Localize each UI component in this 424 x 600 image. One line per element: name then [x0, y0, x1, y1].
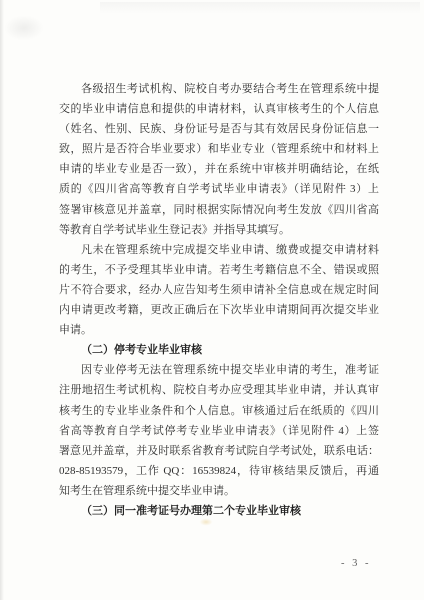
text-line: 等教育自学考试毕业生登记表》并指导其填写。 — [59, 220, 379, 240]
section-heading: （二）停考专业毕业审核 — [59, 340, 379, 360]
text-line: 申请的毕业专业是否一致），并在系统中审核并明确结论，在纸 — [59, 159, 379, 179]
text-line: 注册地招生考试机构、院校自考办应受理其毕业申请，并认真审 — [59, 380, 379, 400]
scan-edge-shadow — [0, 0, 4, 600]
scan-smudge — [2, 4, 72, 59]
text-line: （姓名、性别、民族、身份证号是否与其有效居民身份证信息一 — [59, 119, 379, 139]
text-line: 内申请更改考籍，更改正确后在下次毕业申请期间再次提交毕业 — [59, 300, 379, 320]
text-line: 签署审核意见并盖章，同时根据实际情况向考生发放《四川省高 — [59, 200, 379, 220]
text-line: 交的毕业申请信息和提供的申请材料，认真审核考生的个人信息 — [59, 99, 379, 119]
text-line: 因专业停考无法在管理系统中提交毕业申请的考生，准考证 — [59, 360, 379, 380]
document-text-block: 各级招生考试机构、院校自考办要结合考生在管理系统中提交的毕业申请信息和提供的申请… — [59, 79, 379, 521]
text-line: 的考生，不予受理其毕业申请。若考生考籍信息不全、错误或照 — [59, 260, 379, 280]
scanned-document-page: 各级招生考试机构、院校自考办要结合考生在管理系统中提交的毕业申请信息和提供的申请… — [0, 0, 424, 600]
text-line: 凡未在管理系统中完成提交毕业申请、缴费或提交申请材料 — [59, 240, 379, 260]
text-line: 质的《四川省高等教育自学考试毕业申请表》（详见附件 3）上 — [59, 179, 379, 199]
scan-smudge — [100, 2, 420, 14]
page-number: - 3 - — [341, 556, 371, 572]
text-line: 各级招生考试机构、院校自考办要结合考生在管理系统中提 — [59, 79, 379, 99]
text-line: 致，照片是否符合毕业要求）和毕业专业（管理系统中和材料上 — [59, 139, 379, 159]
text-line: 028-85193579，工作 QQ：16539824，待审核结果反馈后，再通 — [59, 461, 379, 481]
text-line: 省高等教育自学考试停考专业毕业申请表》（详见附件 4）上签 — [59, 421, 379, 441]
text-line: 核考生的专业毕业条件和个人信息。审核通过后在纸质的《四川 — [59, 401, 379, 421]
text-line: 署意见并盖章，并及时联系省教育考试院自学考试处，联系电话： — [59, 441, 379, 461]
text-line: 片不符合要求，经办人应告知考生须申请补全信息或在规定时间 — [59, 280, 379, 300]
text-line: 知考生在管理系统中提交毕业申请。 — [59, 481, 379, 501]
section-heading: （三）同一准考证号办理第二个专业毕业审核 — [59, 501, 379, 521]
text-line: 申请。 — [59, 320, 379, 340]
